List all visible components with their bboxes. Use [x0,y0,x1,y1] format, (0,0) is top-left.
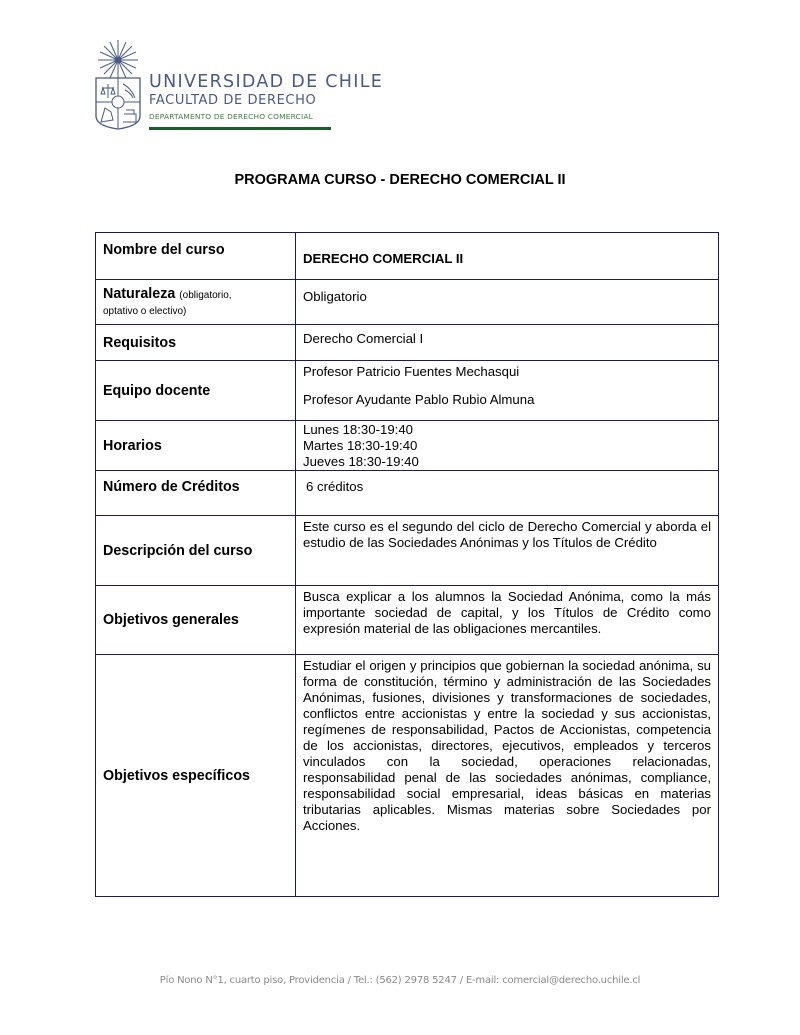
table-row: Horarios Lunes 18:30-19:40 Martes 18:30-… [96,421,719,471]
teaching-team-value: Profesor Patricio Fuentes Mechasqui Prof… [296,361,719,421]
schedule-item: Martes 18:30-19:40 [303,438,711,454]
nature-value: Obligatorio [296,280,719,325]
faculty-name: FACULTAD DE DERECHO [149,93,316,108]
row-label: Nombre del curso [96,233,296,280]
specific-objectives-value: Estudiar el origen y principios que gobi… [296,655,719,897]
naturaleza-label: Naturaleza [103,286,175,302]
naturaleza-note-2: optativo o electivo) [103,306,186,317]
course-name-value: DERECHO COMERCIAL II [296,233,719,280]
table-row: Descripción del curso Este curso es el s… [96,516,719,586]
footer-contact: Pío Nono N°1, cuarto piso, Providencia /… [0,975,800,986]
table-row: Equipo docente Profesor Patricio Fuentes… [96,361,719,421]
table-row: Requisitos Derecho Comercial I [96,325,719,361]
table-row: Objetivos específicos Estudiar el origen… [96,655,719,897]
table-row: Naturaleza (obligatorio, optativo o elec… [96,280,719,325]
row-label: Objetivos específicos [96,655,296,897]
row-label: Naturaleza (obligatorio, optativo o elec… [96,280,296,325]
description-value: Este curso es el segundo del ciclo de De… [296,516,719,586]
naturaleza-note: (obligatorio, [179,290,231,301]
university-crest-icon [93,38,143,130]
row-label: Objetivos generales [96,586,296,655]
row-label: Número de Créditos [96,471,296,516]
header-divider [149,127,331,130]
document-title: PROGRAMA CURSO - DERECHO COMERCIAL II [0,172,800,188]
row-label: Descripción del curso [96,516,296,586]
row-label: Requisitos [96,325,296,361]
university-name: UNIVERSIDAD DE CHILE [149,72,383,92]
course-program-table: Nombre del curso DERECHO COMERCIAL II Na… [95,232,719,897]
professor: Profesor Patricio Fuentes Mechasqui [303,364,711,380]
general-objectives-value: Busca explicar a los alumnos la Sociedad… [296,586,719,655]
row-label: Equipo docente [96,361,296,421]
table-row: Número de Créditos 6 créditos [96,471,719,516]
schedule-item: Jueves 18:30-19:40 [303,454,711,470]
credits-value: 6 créditos [296,471,719,516]
table-row: Nombre del curso DERECHO COMERCIAL II [96,233,719,280]
row-label: Horarios [96,421,296,471]
department-name: DEPARTAMENTO DE DERECHO COMERCIAL [149,112,313,121]
schedule-value: Lunes 18:30-19:40 Martes 18:30-19:40 Jue… [296,421,719,471]
assistant-professor: Profesor Ayudante Pablo Rubio Almuna [303,392,711,408]
requirements-value: Derecho Comercial I [296,325,719,361]
letterhead: UNIVERSIDAD DE CHILE FACULTAD DE DERECHO… [93,38,353,133]
table-row: Objetivos generales Busca explicar a los… [96,586,719,655]
schedule-item: Lunes 18:30-19:40 [303,422,711,438]
